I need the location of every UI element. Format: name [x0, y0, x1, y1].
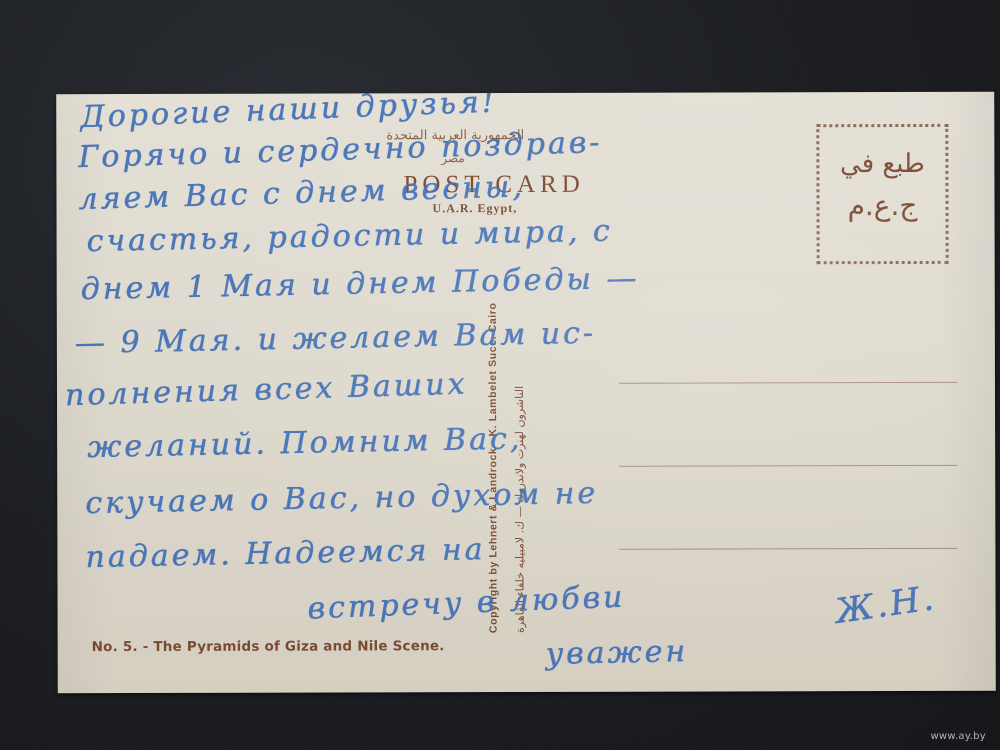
stamp-text-uar: ج.ع.م: [819, 189, 945, 222]
address-line: [619, 465, 957, 467]
photo-caption: No. 5. - The Pyramids of Giza and Nile S…: [92, 638, 445, 655]
handwriting-line: счастья, радости и мира, с: [86, 214, 613, 260]
handwriting-line: желаний. Помним Вас,: [87, 421, 523, 465]
handwriting-line: днем 1 Мая и днем Победы —: [80, 261, 639, 307]
address-line: [619, 548, 957, 550]
handwriting-line: встречу в любви: [307, 580, 626, 627]
postcard: الجمهورية العربية المتحدة مصر POST CARD …: [56, 92, 996, 693]
stamp-text-printed-in: طبع في: [819, 149, 945, 179]
site-watermark: www.ay.by: [930, 731, 986, 742]
signature: Ж.Н.: [833, 578, 939, 632]
address-line: [619, 382, 957, 384]
handwriting-line: уважен: [545, 634, 688, 672]
handwriting-line: падаем. Надеемся на: [85, 532, 486, 575]
stamp-placeholder-box: طبع في ج.ع.م: [816, 124, 948, 264]
handwriting-line: Горячо и сердечно поздрав-: [78, 125, 603, 175]
handwriting-line: полнения всех Ваших: [65, 367, 468, 414]
